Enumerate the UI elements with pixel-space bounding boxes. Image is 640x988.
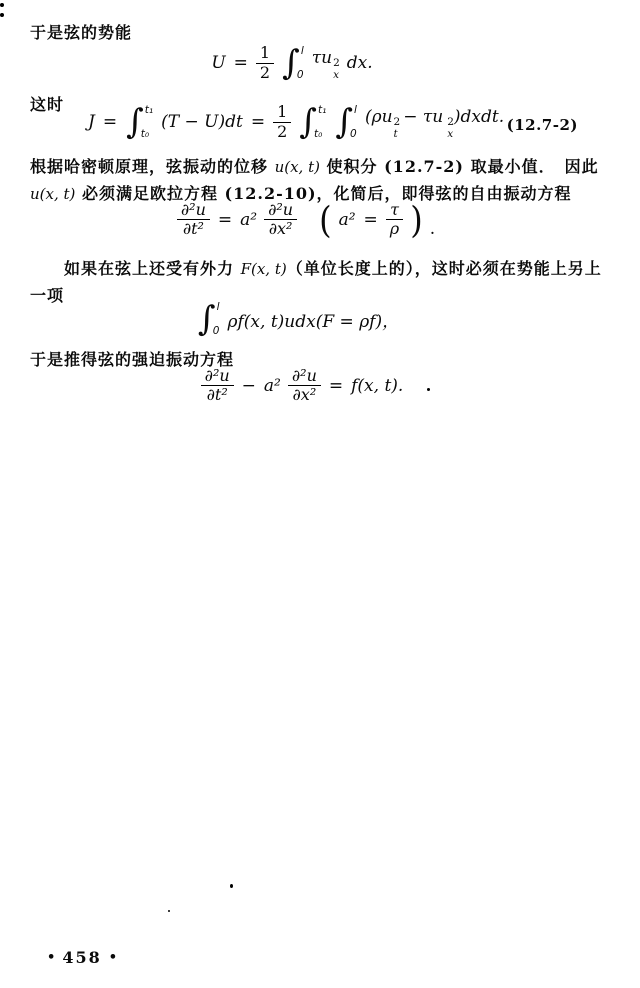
sup-sub-stack: 2x — [447, 117, 454, 139]
equals-sign: = — [233, 53, 249, 73]
integral-lower-limit: t₀ — [141, 128, 153, 140]
fraction-numerator: ∂²u — [264, 201, 297, 220]
differential-dxdt: )dxdt. — [454, 107, 504, 127]
fraction-numerator: τ — [386, 201, 403, 220]
fraction-one-half: 1 2 — [273, 103, 291, 141]
subscript-t: t — [394, 129, 398, 140]
second-time-derivative: ∂²u ∂t² — [177, 201, 210, 239]
ink-speck — [0, 3, 4, 7]
period: . — [430, 219, 435, 239]
second-time-derivative: ∂²u ∂t² — [201, 367, 234, 405]
bullet-icon: • — [47, 950, 55, 965]
sup-sub-stack: 2x — [333, 58, 340, 80]
integral-lower-limit: 0 — [297, 69, 304, 81]
rho-u-term: (ρu — [365, 107, 393, 127]
paragraph-hamilton-line1: 根据哈密顿原理，弦振动的位移 u(x, t) 使积分 (12.7-2) 取最小值… — [30, 153, 599, 181]
a-squared: a² — [339, 210, 356, 230]
heading-potential-energy: 于是弦的势能 — [30, 20, 132, 43]
integral-lower-limit: t₀ — [314, 128, 326, 140]
var-U: U — [211, 53, 225, 73]
integral-upper-limit: t₁ — [318, 104, 326, 116]
fraction-denominator: ∂x² — [264, 220, 297, 238]
equals-sign: = — [250, 112, 266, 132]
integral-upper-limit: l — [354, 104, 357, 116]
text-run: 根据哈密顿原理，弦振动的位移 — [30, 157, 275, 176]
differential-dx: dx. — [347, 53, 373, 73]
integrand: τu2x — [312, 48, 340, 77]
integral-sign: ∫ l 0 — [335, 103, 357, 141]
fraction-numerator: ∂²u — [201, 367, 234, 386]
big-left-paren: ( — [319, 201, 331, 238]
fraction-denominator: 2 — [256, 64, 274, 82]
a-squared-coefficient: a² — [264, 376, 281, 396]
integral-upper-limit: t₁ — [145, 104, 153, 116]
subscript-x: x — [447, 129, 453, 140]
fraction-denominator: ∂x² — [288, 386, 321, 404]
formula-free-vibration: ∂²u ∂t² = a² ∂²u ∂x² ( a² = τ ρ ). — [0, 200, 640, 239]
page-number-value: 458 — [62, 948, 101, 967]
var-J: J — [88, 112, 95, 132]
integral-upper-limit: l — [301, 45, 304, 57]
integral-sign: ∫ t₁ t₀ — [126, 103, 153, 141]
fraction-denominator: 2 — [273, 123, 291, 141]
fraction-numerator: 1 — [256, 44, 274, 63]
ink-speck — [168, 910, 170, 912]
fraction-numerator: 1 — [273, 103, 291, 122]
minus-tau-u-term: − τu — [400, 107, 446, 127]
sup-sub-stack: 2t — [394, 117, 401, 139]
equation-number: (12.7-2) — [507, 116, 578, 134]
integral-lower-limit: 0 — [213, 325, 220, 337]
tau-over-rho: τ ρ — [386, 201, 403, 239]
text-run: （单位长度上的），这时必须在势能上另上 — [287, 259, 602, 278]
rhs-f-x-t: f(x, t). — [351, 376, 403, 396]
fraction-denominator: ∂t² — [201, 386, 234, 404]
force-integrand: ρf(x, t)udx(F = ρf)， — [228, 307, 400, 332]
scanned-textbook-page: 于是弦的势能 U = 1 2 ∫ l 0 τu2x dx. 这时 J = — [0, 0, 640, 988]
fraction-one-half: 1 2 — [256, 44, 274, 82]
big-right-paren: ) — [410, 201, 422, 238]
fraction-denominator: ∂t² — [177, 220, 210, 238]
subscript-x: x — [333, 70, 339, 81]
equals-sign: = — [217, 210, 233, 230]
bullet-icon: • — [109, 950, 117, 965]
inline-math-F-x-t: F(x, t) — [241, 260, 287, 278]
formula-force-term: ∫ l 0 ρf(x, t)udx(F = ρf)， — [0, 300, 640, 338]
second-space-derivative: ∂²u ∂x² — [288, 367, 321, 405]
equals-sign: = — [102, 112, 118, 132]
a-squared-coefficient: a² — [240, 210, 257, 230]
tau-u-term: τu — [312, 48, 332, 68]
paragraph-external-force-line1: 如果在弦上还受有外力 F(x, t)（单位长度上的），这时必须在势能上另上 — [64, 255, 602, 283]
integral-sign: ∫ l 0 — [198, 300, 220, 338]
T-minus-U-dt: (T − U)dt — [161, 112, 243, 132]
integral-sign: ∫ l 0 — [282, 44, 304, 82]
integral-lower-limit: 0 — [350, 128, 357, 140]
fraction-numerator: ∂²u — [288, 367, 321, 386]
second-space-derivative: ∂²u ∂x² — [264, 201, 297, 239]
formula-action-integral: J = ∫ t₁ t₀ (T − U)dt = 1 2 ∫ t₁ t₀ — [0, 103, 640, 141]
integral-upper-limit: l — [217, 301, 220, 313]
ink-speck — [230, 884, 233, 888]
ink-speck — [427, 388, 430, 391]
equals-sign: = — [328, 376, 344, 396]
ink-speck — [0, 13, 4, 17]
integral-sign: ∫ t₁ t₀ — [299, 103, 326, 141]
text-run: 使积分 (12.7-2) 取最小值． 因此 — [320, 157, 599, 176]
text-run: 如果在弦上还受有外力 — [64, 259, 241, 278]
fraction-denominator: ρ — [386, 220, 403, 238]
inline-math-u-x-t: u(x, t) — [275, 158, 320, 176]
minus-sign: − — [241, 376, 257, 396]
page-number: • 458 • — [47, 948, 117, 967]
fraction-numerator: ∂²u — [177, 201, 210, 220]
formula-potential-energy: U = 1 2 ∫ l 0 τu2x dx. — [0, 44, 640, 82]
formula-forced-vibration: ∂²u ∂t² − a² ∂²u ∂x² = f(x, t). — [0, 366, 640, 405]
equals-sign: = — [363, 210, 379, 230]
integrand: (ρu2t− τu2x)dxdt. — [365, 107, 504, 136]
